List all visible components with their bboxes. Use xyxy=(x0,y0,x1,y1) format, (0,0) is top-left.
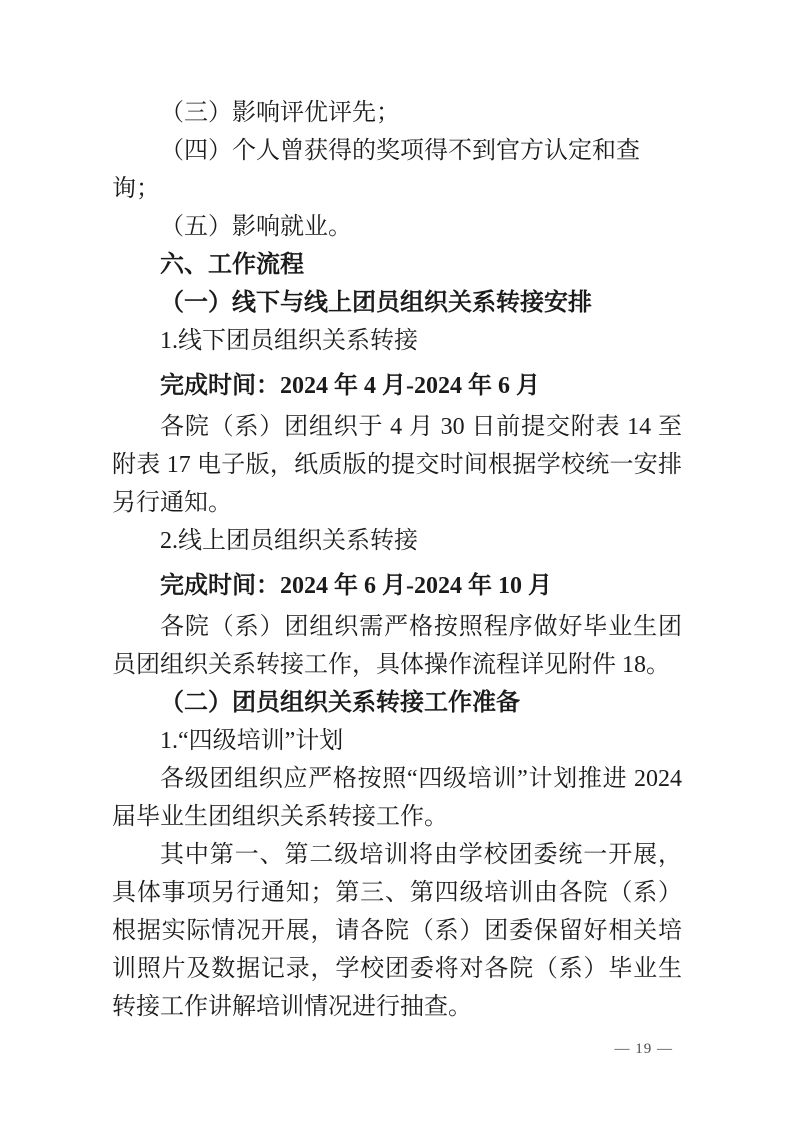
subsection-heading-offline-online-arrangement: （一）线下与线上团员组织关系转接安排 xyxy=(112,284,682,322)
document-page: （三）影响评优评先； （四）个人曾获得的奖项得不到官方认定和查询； （五）影响就… xyxy=(0,0,793,1122)
document-body: （三）影响评优评先； （四）个人曾获得的奖项得不到官方认定和查询； （五）影响就… xyxy=(112,94,682,1026)
body-paragraph: 其中第一、第二级培训将由学校团委统一开展，具体事项另行通知；第三、第四级培训由各… xyxy=(112,836,682,1026)
section-heading-workflow: 六、工作流程 xyxy=(112,246,682,284)
list-item: （三）影响评优评先； xyxy=(112,94,682,132)
numbered-subhead-four-level-training: 1.“四级培训”计划 xyxy=(112,722,682,760)
deadline-line: 完成时间：2024 年 6 月-2024 年 10 月 xyxy=(112,567,682,605)
body-paragraph: 各院（系）团组织需严格按照程序做好毕业生团员团组织关系转接工作，具体操作流程详见… xyxy=(112,608,682,684)
body-paragraph: 各级团组织应严格按照“四级培训”计划推进 2024 届毕业生团组织关系转接工作。 xyxy=(112,760,682,836)
subsection-heading-transfer-preparation: （二）团员组织关系转接工作准备 xyxy=(112,684,682,722)
numbered-subhead-offline-transfer: 1.线下团员组织关系转接 xyxy=(112,322,682,360)
numbered-subhead-online-transfer: 2.线上团员组织关系转接 xyxy=(112,522,682,560)
list-item: （四）个人曾获得的奖项得不到官方认定和查询； xyxy=(112,132,682,208)
list-item: （五）影响就业。 xyxy=(112,208,682,246)
body-paragraph: 各院（系）团组织于 4 月 30 日前提交附表 14 至附表 17 电子版，纸质… xyxy=(112,408,682,522)
page-number: — 19 — xyxy=(615,1041,674,1058)
deadline-line: 完成时间：2024 年 4 月-2024 年 6 月 xyxy=(112,367,682,405)
